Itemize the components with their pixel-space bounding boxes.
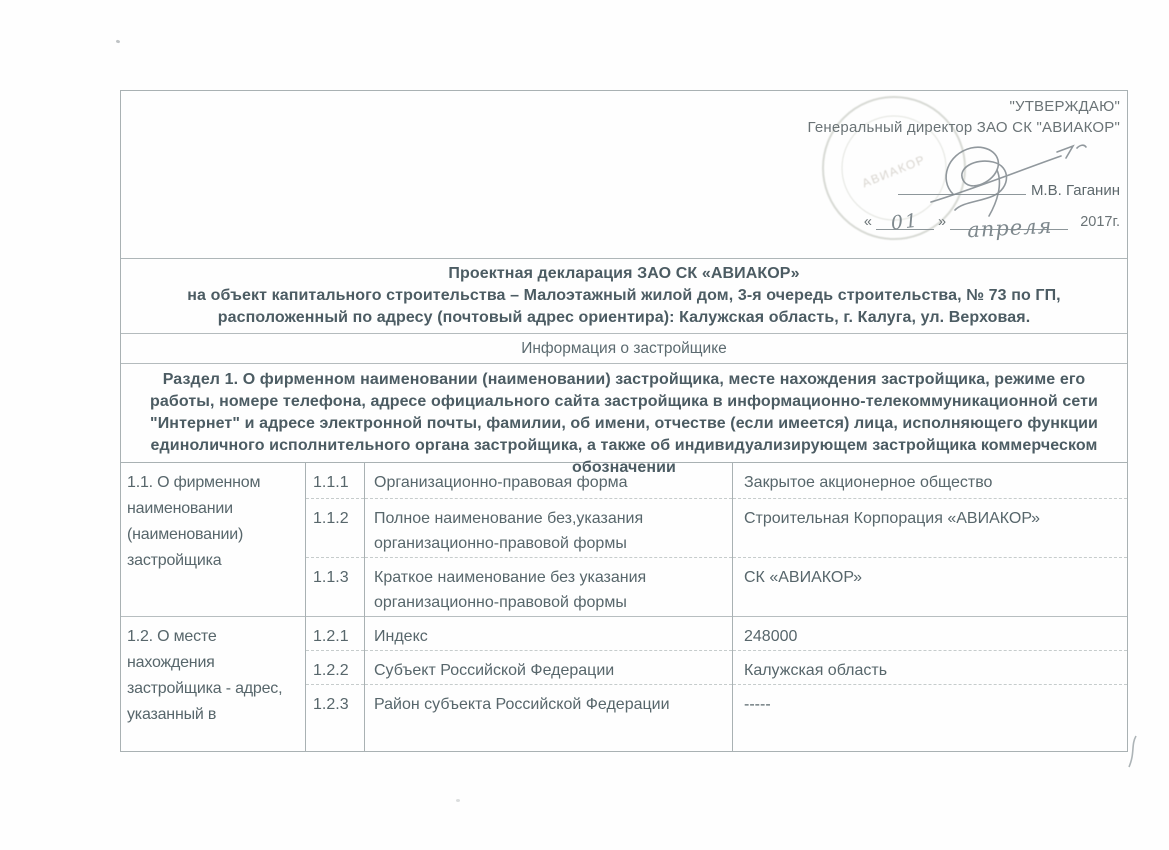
scan-speck bbox=[456, 799, 460, 802]
param-value: СК «АВИАКОР» bbox=[733, 558, 1128, 617]
param-label: Субъект Российской Федерации bbox=[365, 651, 733, 685]
row-number: 1.1.2 bbox=[306, 499, 365, 558]
param-label: Индекс bbox=[365, 617, 733, 651]
scan-speck bbox=[116, 39, 121, 43]
pen-mark bbox=[1124, 735, 1140, 769]
row-number: 1.2.3 bbox=[306, 685, 365, 751]
section1-heading: Раздел 1. О фирменном наименовании (наим… bbox=[121, 363, 1127, 462]
param-value: 248000 bbox=[733, 617, 1128, 651]
row-number: 1.2.2 bbox=[306, 651, 365, 685]
signature bbox=[919, 136, 1094, 220]
table-row: 1.2. О месте нахождения застройщика - ад… bbox=[121, 617, 1127, 651]
approve-label: "УТВЕРЖДАЮ" bbox=[1009, 98, 1120, 115]
director-line: Генеральный директор ЗАО СК "АВИАКОР" bbox=[808, 119, 1120, 136]
param-value: ----- bbox=[733, 685, 1128, 751]
title-line-2: на объект капитального строительства – М… bbox=[121, 285, 1127, 307]
declaration-table: 1.1. О фирменном наименовании (наименова… bbox=[121, 462, 1127, 751]
approval-block: АВИАКОР "УТВЕРЖДАЮ" Генеральный директор… bbox=[121, 91, 1127, 258]
row-number: 1.1.3 bbox=[306, 558, 365, 617]
title-line-3: расположенный по адресу (почтовый адрес … bbox=[121, 307, 1127, 329]
param-value: Строительная Корпорация «АВИАКОР» bbox=[733, 499, 1128, 558]
row-number: 1.1.1 bbox=[306, 463, 365, 499]
title-line-1: Проектная декларация ЗАО СК «АВИАКОР» bbox=[121, 263, 1127, 285]
table-cell-group: 1.2. О месте нахождения застройщика - ад… bbox=[121, 617, 306, 751]
param-label: Организационно-правовая форма bbox=[365, 463, 733, 499]
param-value: Калужская область bbox=[733, 651, 1128, 685]
table-cell-group: 1.1. О фирменном наименовании (наименова… bbox=[121, 463, 306, 617]
declaration-document: АВИАКОР "УТВЕРЖДАЮ" Генеральный директор… bbox=[120, 90, 1128, 752]
document-title: Проектная декларация ЗАО СК «АВИАКОР» на… bbox=[121, 258, 1127, 333]
row-number: 1.2.1 bbox=[306, 617, 365, 651]
param-label: Краткое наименование без указания органи… bbox=[365, 558, 733, 617]
param-value: Закрытое акционерное общество bbox=[733, 463, 1128, 499]
handwritten-day: 01 bbox=[890, 210, 920, 235]
param-label: Полное наименование без,указания организ… bbox=[365, 499, 733, 558]
info-banner: Информация о застройщике bbox=[121, 333, 1127, 363]
param-label: Район субъекта Российской Федерации bbox=[365, 685, 733, 751]
scanned-page: АВИАКОР "УТВЕРЖДАЮ" Генеральный директор… bbox=[0, 0, 1169, 850]
quote-open: « bbox=[864, 214, 872, 230]
